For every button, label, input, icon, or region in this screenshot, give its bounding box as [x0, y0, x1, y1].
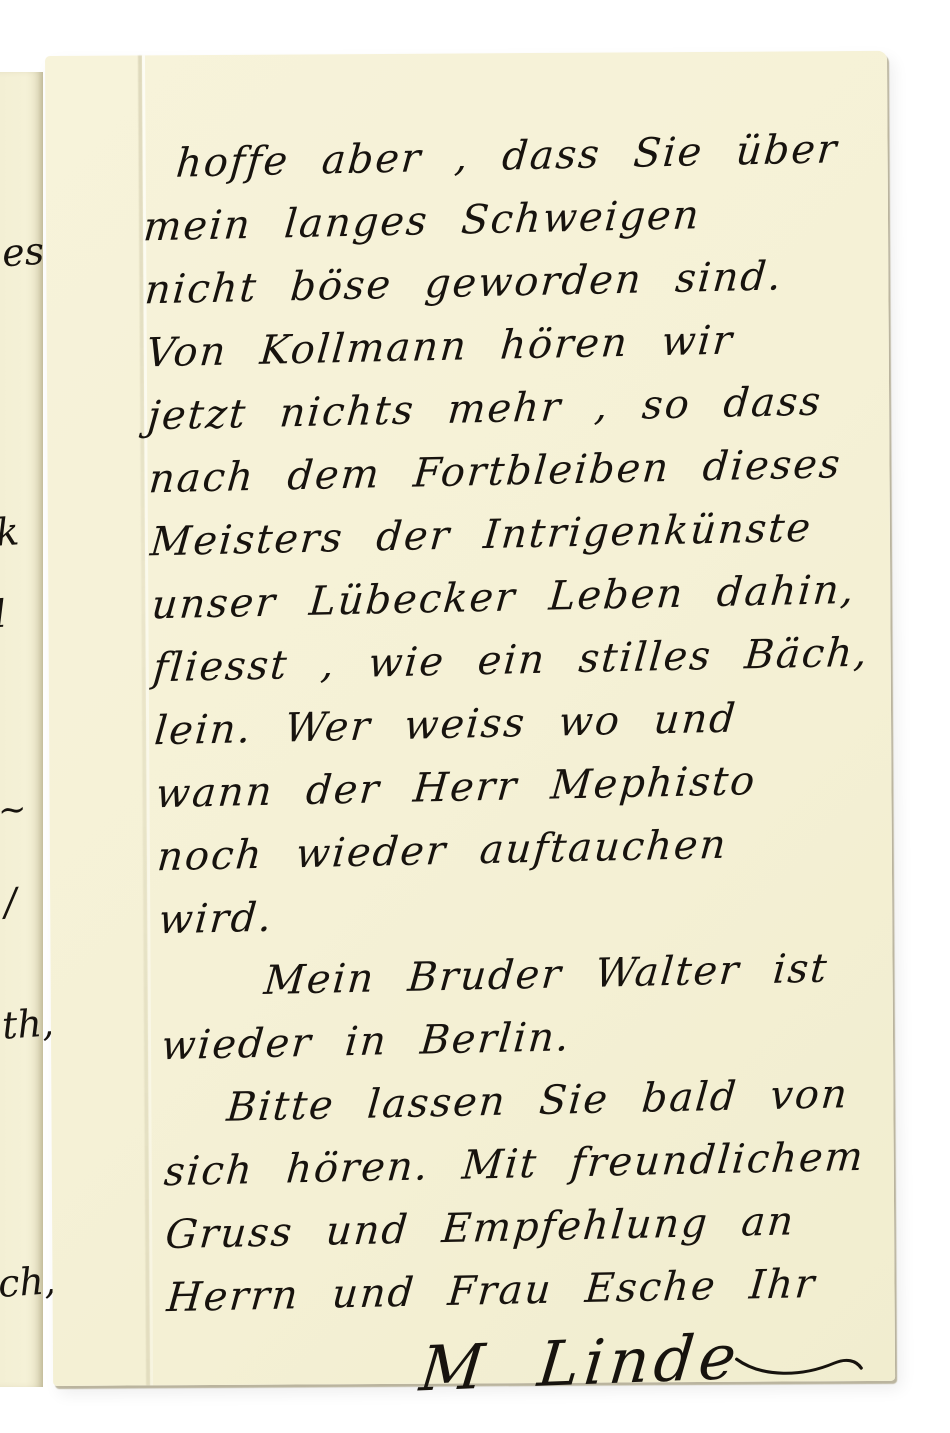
left-page-text-fragment: th,: [1, 1000, 56, 1048]
left-page-text-fragment: /: [2, 880, 18, 925]
left-page-text-fragment: l: [0, 592, 8, 637]
left-page-text-fragment: ch,: [0, 1258, 57, 1306]
signature: M Linde: [417, 1320, 745, 1406]
left-page-text-fragment: ~: [0, 789, 28, 831]
left-page-edge: es k l ~ / th, ch,: [0, 72, 43, 1387]
letter-body: hoffe aber , dass Sie über mein langes S…: [141, 118, 889, 1409]
left-page-text-fragment: k: [0, 509, 21, 554]
photo-background: es k l ~ / th, ch, hoffe aber , dass Sie…: [0, 0, 950, 1433]
letter-page: hoffe aber , dass Sie über mein langes S…: [45, 51, 895, 1386]
signature-flourish: [732, 1344, 866, 1383]
left-page-text-fragment: es: [1, 229, 46, 276]
signature-row: M Linde: [164, 1314, 893, 1415]
